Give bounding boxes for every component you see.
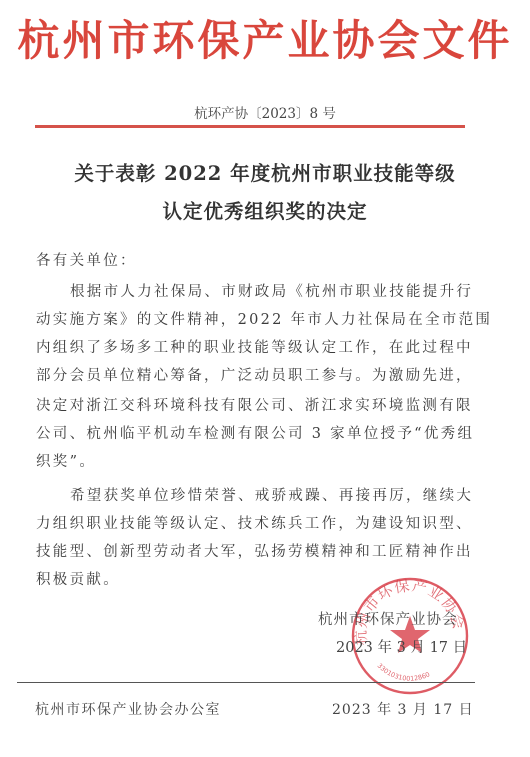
body-line: 力组织职业技能等级认定、技术练兵工作，为建设知识型、 [36,512,473,533]
masthead-red-rule [35,125,465,128]
body-line: 动实施方案》的文件精神，2022 年市人力社保局在全市范围 [36,308,492,329]
body-line: 部分会员单位精心筹备，广泛动员职工参与。为激励先进， [36,364,473,385]
signature-org: 杭州市环保产业协会 [318,608,458,629]
footer-issuer: 杭州市环保产业协会办公室 [35,699,221,719]
body-line: 决定对浙江交科环境科技有限公司、浙江求实环境监测有限 [36,394,473,415]
body-line: 积极贡献。 [36,568,120,589]
footer-date: 2023 年 3 月 17 日 [332,699,474,719]
body-line: 技能型、创新型劳动者大军，弘扬劳模精神和工匠精神作出 [36,540,473,561]
document-number: 杭环产协〔2023〕8 号 [0,102,530,122]
document-masthead: 杭州市环保产业协会文件 [0,8,530,68]
footer-rule [17,682,475,683]
body-line: 织奖”。 [36,450,96,471]
salutation: 各有关单位： [36,249,137,270]
svg-text:33010310012860: 33010310012860 [376,662,432,683]
signature-date: 2023 年 3 月 17 日 [336,636,467,657]
document-title-line-1: 关于表彰 2022 年度杭州市职业技能等级 [0,158,530,186]
body-line: 内组织了多场多工种的职业技能等级认定工作，在此过程中 [36,336,473,357]
body-line: 希望获奖单位珍惜荣誉、戒骄戒躁、再接再厉，继续大 [70,484,473,505]
document-title-line-2: 认定优秀组织奖的决定 [0,196,530,224]
body-line: 公司、杭州临平机动车检测有限公司 3 家单位授予“优秀组 [36,422,474,443]
body-line: 根据市人力社保局、市财政局《杭州市职业技能提升行 [70,280,473,301]
